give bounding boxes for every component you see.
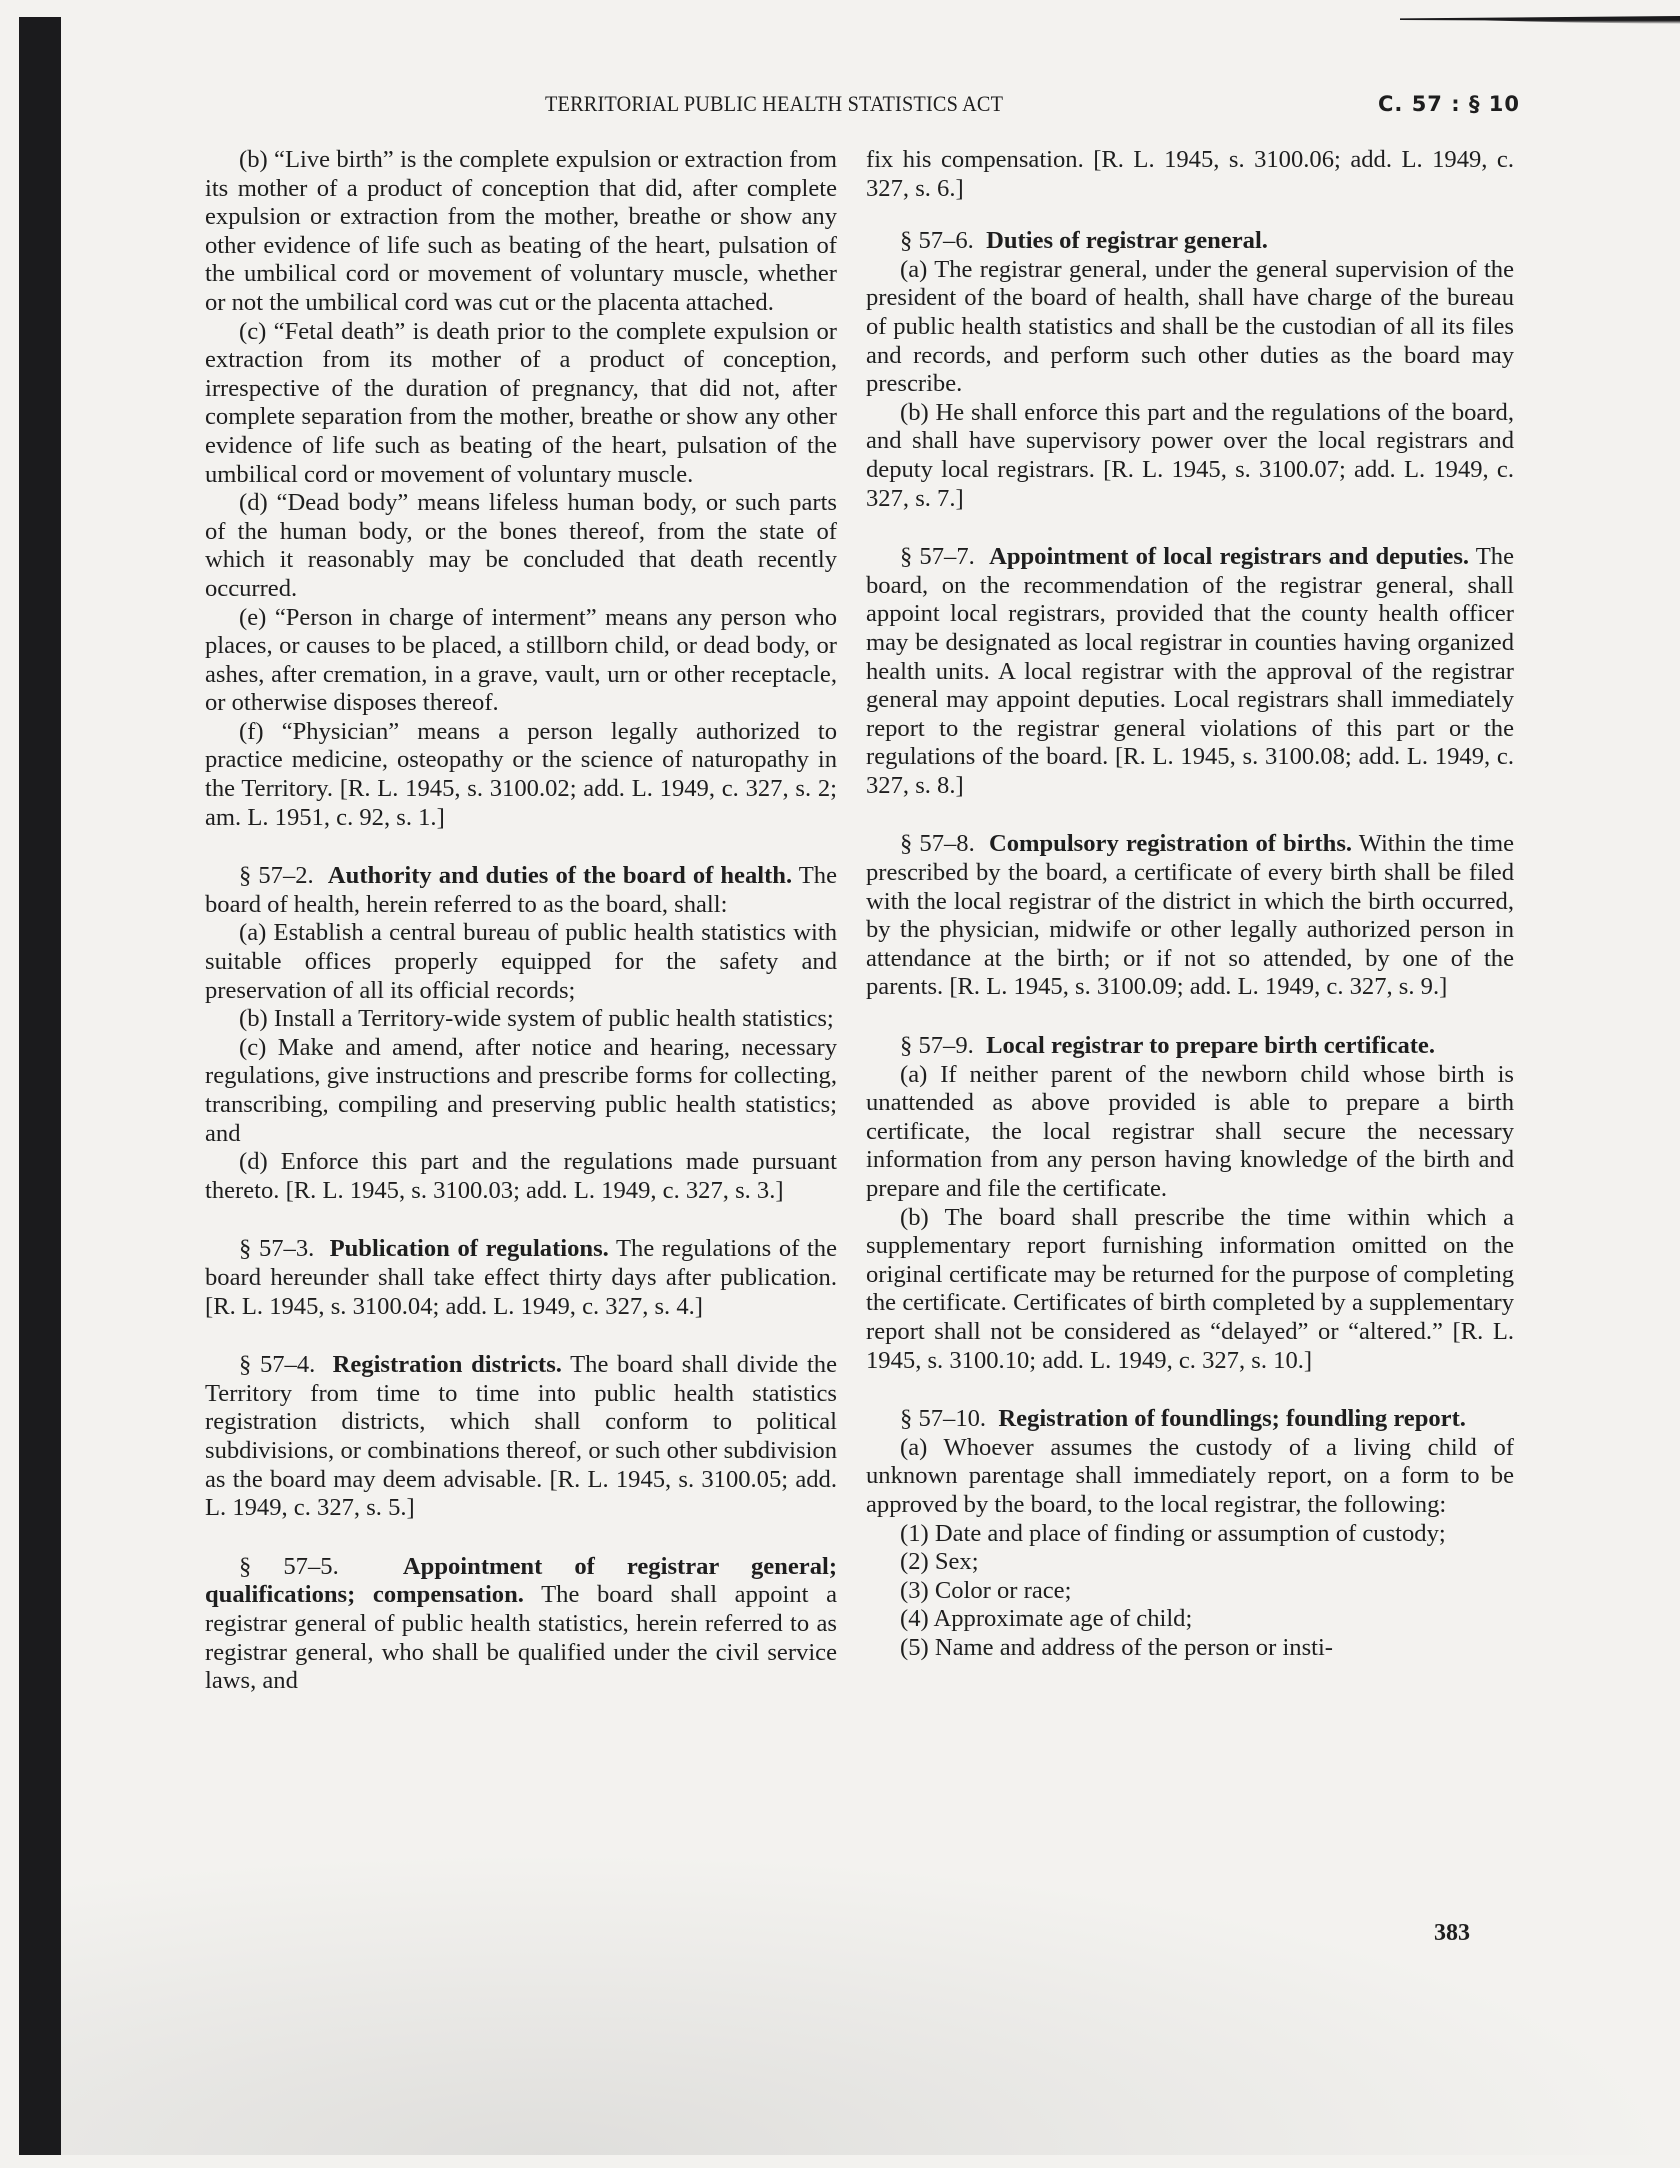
section-57-5: § 57–5. Appointment of registrar general… — [205, 1553, 837, 1696]
continuation-text: fix his compensation. [R. L. 1945, s. 31… — [866, 146, 1514, 203]
section-number: § 57–3. — [239, 1235, 314, 1262]
definition-live-birth: (b) “Live birth” is the complete expulsi… — [205, 146, 837, 318]
page-number: 383 — [1434, 1920, 1470, 1947]
scan-noise — [61, 1850, 1680, 2155]
section-number: § 57–10. — [900, 1405, 986, 1432]
section-57-2: § 57–2. Authority and duties of the boar… — [205, 862, 837, 1205]
right-column: fix his compensation. [R. L. 1945, s. 31… — [866, 146, 1514, 1663]
chapter-reference: C. 57 : § 10 — [1378, 92, 1520, 116]
list-item: (a) Establish a central bureau of public… — [205, 919, 837, 1005]
section-title: Appointment of local registrars and depu… — [989, 543, 1469, 570]
section-57-3: § 57–3. Publication of regulations. The … — [205, 1235, 837, 1321]
section-title: Publication of regulations. — [330, 1235, 609, 1262]
definition-person-in-charge: (e) “Person in charge of interment” mean… — [205, 604, 837, 718]
list-item: (a) Whoever assumes the custody of a liv… — [866, 1434, 1514, 1520]
section-title: Compulsory registration of births. — [989, 830, 1352, 857]
list-item: (b) Install a Territory-wide system of p… — [205, 1005, 837, 1034]
section-57-6: § 57–6. Duties of registrar general. (a)… — [866, 227, 1514, 513]
list-item: (5) Name and address of the person or in… — [866, 1634, 1514, 1663]
section-title: Registration of foundlings; foundling re… — [998, 1405, 1466, 1432]
list-item: (4) Approximate age of child; — [866, 1605, 1514, 1634]
section-57-4: § 57–4. Registration districts. The boar… — [205, 1351, 837, 1523]
section-number: § 57–5. — [239, 1553, 339, 1580]
list-item: (3) Color or race; — [866, 1577, 1514, 1606]
list-item: (2) Sex; — [866, 1548, 1514, 1577]
section-57-8: § 57–8. Compulsory registration of birth… — [866, 830, 1514, 1002]
section-number: § 57–7. — [900, 543, 975, 570]
section-number: § 57–6. — [900, 227, 974, 254]
section-body: The board, on the recommendation of the … — [866, 543, 1514, 799]
definition-physician: (f) “Physician” means a person legally a… — [205, 718, 837, 832]
section-title: Authority and duties of the board of hea… — [328, 862, 792, 889]
left-column: (b) “Live birth” is the complete expulsi… — [205, 146, 837, 1696]
running-head: Territorial Public Health Statistics Act — [545, 91, 1003, 117]
list-item: (a) If neither parent of the newborn chi… — [866, 1061, 1514, 1204]
list-item: (1) Date and place of finding or assumpt… — [866, 1520, 1514, 1549]
list-item: (c) Make and amend, after notice and hea… — [205, 1034, 837, 1148]
section-number: § 57–4. — [239, 1351, 315, 1378]
section-number: § 57–8. — [900, 830, 975, 857]
list-item: (a) The registrar general, under the gen… — [866, 256, 1514, 399]
section-57-9: § 57–9. Local registrar to prepare birth… — [866, 1032, 1514, 1375]
section-57-10: § 57–10. Registration of foundlings; fou… — [866, 1405, 1514, 1662]
scan-top-edge — [1400, 16, 1680, 24]
list-item: (b) He shall enforce this part and the r… — [866, 399, 1514, 513]
section-title: Duties of registrar general. — [986, 227, 1268, 254]
list-item: (b) The board shall prescribe the time w… — [866, 1204, 1514, 1376]
list-item: (d) Enforce this part and the regulation… — [205, 1148, 837, 1205]
definition-fetal-death: (c) “Fetal death” is death prior to the … — [205, 318, 837, 490]
section-number: § 57–9. — [900, 1032, 974, 1059]
section-title: Local registrar to prepare birth certifi… — [986, 1032, 1435, 1059]
section-57-7: § 57–7. Appointment of local registrars … — [866, 543, 1514, 800]
section-title: Registration districts. — [333, 1351, 562, 1378]
definition-dead-body: (d) “Dead body” means lifeless human bod… — [205, 489, 837, 603]
scan-edge-shadow — [19, 17, 61, 2155]
section-number: § 57–2. — [239, 862, 314, 889]
